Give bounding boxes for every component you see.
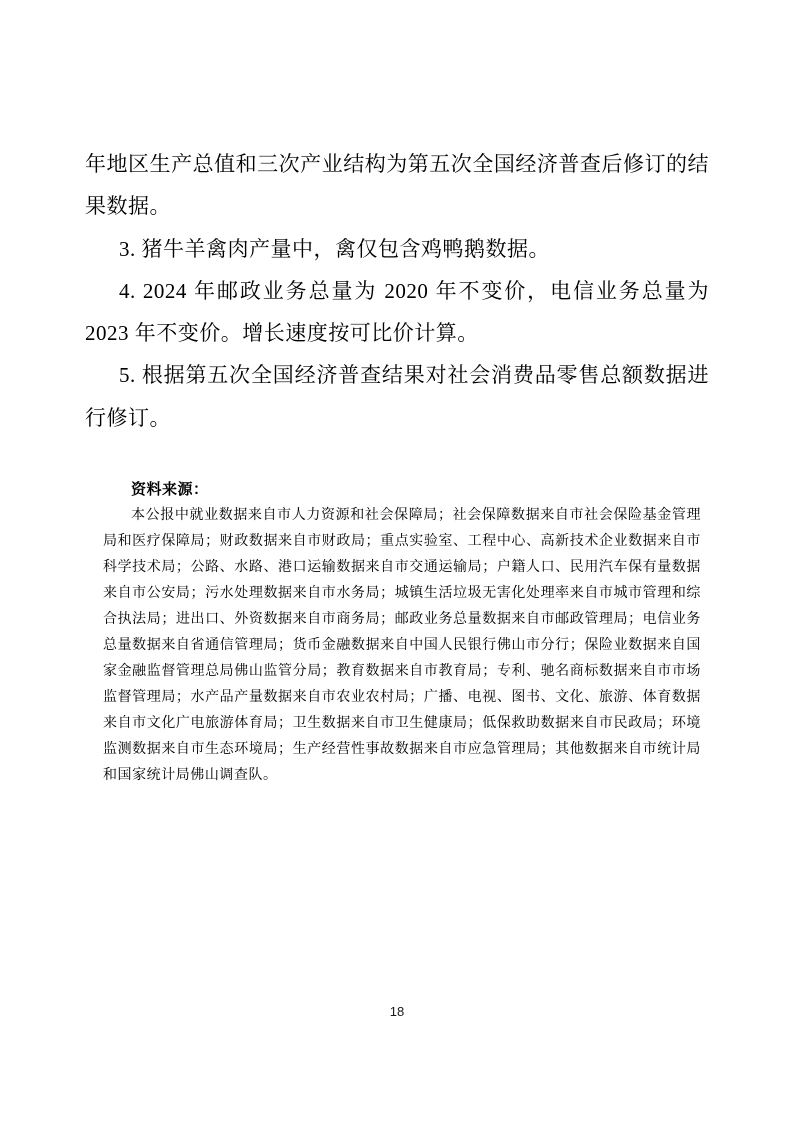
sources-body: 本公报中就业数据来自市人力资源和社会保障局；社会保障数据来自市社会保险基金管理局… [103,503,701,789]
note-paragraph-4: 4. 2024 年邮政业务总量为 2020 年不变价，电信业务总量为 2023 … [85,270,709,355]
sources-heading: 资料来源： [103,477,701,503]
note-paragraph-5: 5. 根据第五次全国经济普查结果对社会消费品零售总额数据进行修订。 [85,354,709,439]
note-paragraph-3: 3. 猪牛羊禽肉产量中，禽仅包含鸡鸭鹅数据。 [85,228,709,270]
document-page: 年地区生产总值和三次产业结构为第五次全国经济普查后修订的结果数据。 3. 猪牛羊… [0,0,794,1123]
notes-section: 年地区生产总值和三次产业结构为第五次全国经济普查后修订的结果数据。 3. 猪牛羊… [85,143,709,439]
note-paragraph-continuation: 年地区生产总值和三次产业结构为第五次全国经济普查后修订的结果数据。 [85,143,709,228]
sources-section: 资料来源： 本公报中就业数据来自市人力资源和社会保障局；社会保障数据来自市社会保… [103,477,701,789]
page-footer: 18 [0,1003,794,1021]
page-number: 18 [390,1004,404,1019]
